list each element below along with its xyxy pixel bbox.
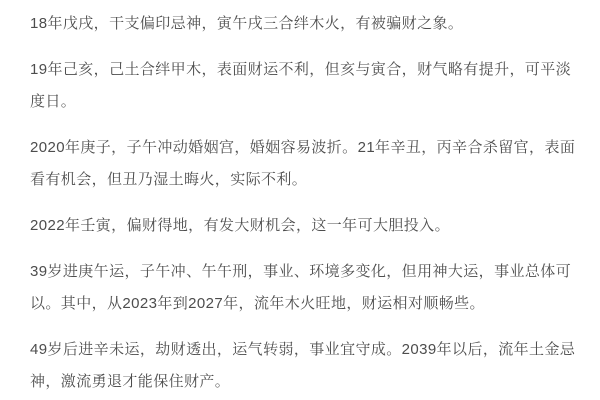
paragraph-age-49-luck-cycle: 49岁后进辛未运，劫财透出，运气转弱，事业宜守成。2039年以后，流年土金忌神，… — [30, 334, 576, 398]
paragraph-year-2018: 18年戊戌，干支偏印忌神，寅午戌三合绊木火，有被骗财之象。 — [30, 8, 576, 40]
paragraph-years-2020-2021: 2020年庚子，子午冲动婚姻宫，婚姻容易波折。21年辛丑，丙辛合杀留官，表面看有… — [30, 132, 576, 196]
article-body: 18年戊戌，干支偏印忌神，寅午戌三合绊木火，有被骗财之象。 19年己亥，己土合绊… — [0, 0, 600, 400]
paragraph-age-39-luck-cycle: 39岁进庚午运，子午冲、午午刑，事业、环境多变化，但用神大运，事业总体可以。其中… — [30, 256, 576, 320]
paragraph-year-2019: 19年己亥，己土合绊甲木，表面财运不利，但亥与寅合，财气略有提升，可平淡度日。 — [30, 54, 576, 118]
paragraph-year-2022: 2022年壬寅，偏财得地，有发大财机会，这一年可大胆投入。 — [30, 210, 576, 242]
